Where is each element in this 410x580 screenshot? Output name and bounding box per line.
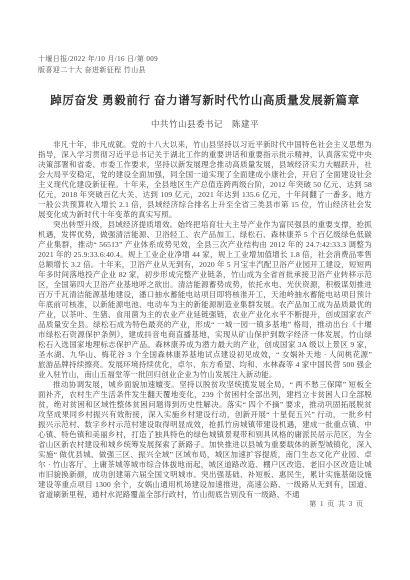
page-number: 第 1 页 共 3 页 bbox=[309, 499, 364, 509]
article-title: 踔厉奋发 勇毅前行 奋力谱写新时代竹山高质量发展新篇章 bbox=[38, 92, 372, 108]
article-paragraph-3: 推动协调发展，城乡面貌加速嬗变。坚持以脱贫攻坚统揽发展全局，“ 两不愁三保障” … bbox=[38, 380, 372, 500]
article-byline: 中共竹山县委书记 陈建平 bbox=[38, 118, 372, 130]
document-page: 十堰日报/2022 年/10 月/16 日/第 009 版喜迎二十大 奋进新征程… bbox=[0, 0, 410, 580]
article-paragraph-2: 突出转型升级，县域经济提质增效。始终把培育壮大主导产业作为富民强县的重要支撑，抢… bbox=[38, 220, 372, 380]
article-paragraph-1: 非凡十年，非凡成就。党的十八大以来，竹山县坚持以习近平新时代中国特色社会主义思想… bbox=[38, 140, 372, 220]
article-body: 非凡十年，非凡成就。党的十八大以来，竹山县坚持以习近平新时代中国特色社会主义思想… bbox=[38, 140, 372, 500]
source-citation-line: 十堰日报/2022 年/10 月/16 日/第 009 bbox=[38, 54, 372, 65]
source-section-line: 版喜迎二十大 奋进新征程 竹山县 bbox=[38, 65, 372, 76]
source-header: 十堰日报/2022 年/10 月/16 日/第 009 版喜迎二十大 奋进新征程… bbox=[38, 54, 372, 76]
